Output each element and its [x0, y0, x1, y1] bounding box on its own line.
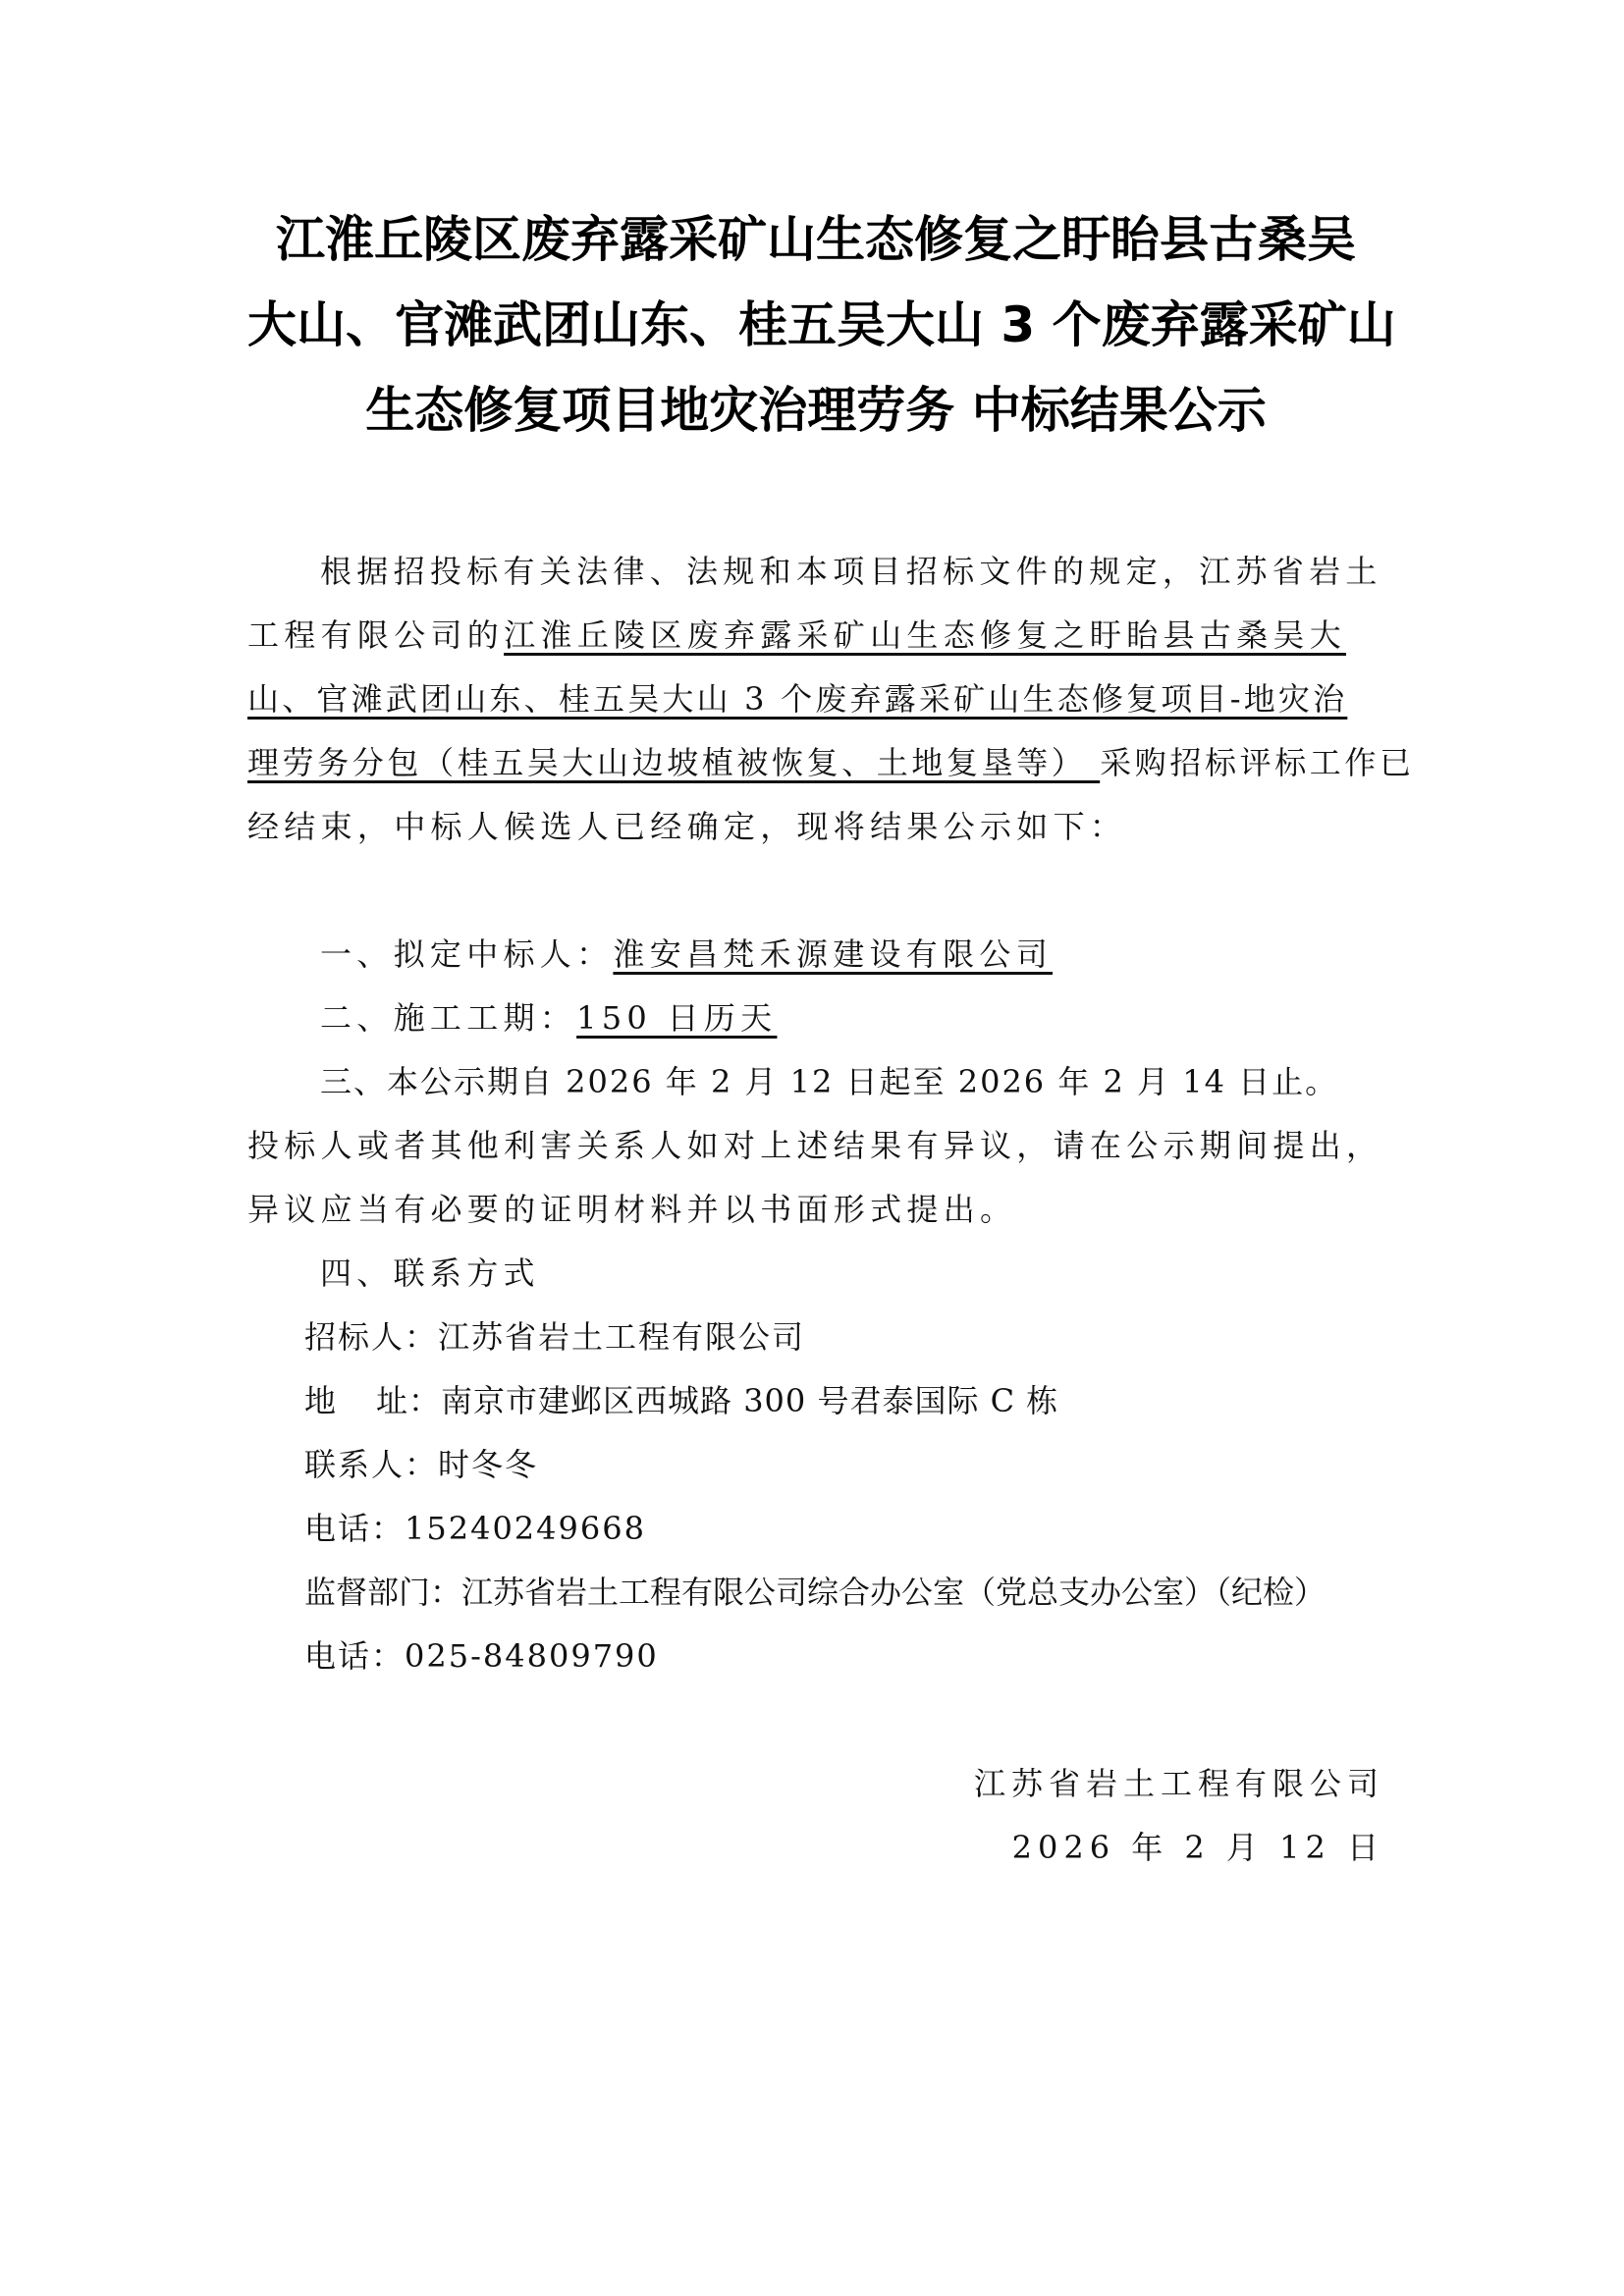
signature-company: 江苏省岩土工程有限公司: [247, 1762, 1384, 1805]
period-item: 二、施工工期：150 日历天: [320, 996, 1384, 1040]
contact-person: 联系人：时冬冬: [304, 1443, 1384, 1486]
intro-line-2-prefix: 工程有限公司的: [247, 616, 504, 654]
supervision-phone: 电话：025-84809790: [304, 1634, 1384, 1678]
intro-line-4: 理劳务分包（桂五吴大山边坡植被恢复、土地复垦等） 采购招标评标工作已: [247, 741, 1384, 784]
notice-line-2: 投标人或者其他利害关系人如对上述结果有异议，请在公示期间提出，: [247, 1124, 1384, 1167]
project-name-part-2: 山、官滩武团山东、桂五吴大山 3 个废弃露采矿山生态修复项目-地灾治: [247, 677, 1384, 721]
project-name-part-3: 理劳务分包（桂五吴大山边坡植被恢复、土地复垦等）: [247, 744, 1100, 781]
notice-line-3: 异议应当有必要的证明材料并以书面形式提出。: [247, 1188, 1384, 1231]
project-name-part-1: 江淮丘陵区废弃露采矿山生态修复之盱眙县古桑吴大: [504, 616, 1346, 654]
intro-line-1: 根据招投标有关法律、法规和本项目招标文件的规定，江苏省岩土: [320, 550, 1384, 593]
contact-tenderer: 招标人：江苏省岩土工程有限公司: [304, 1315, 1384, 1359]
document-title-line-3: 生态修复项目地灾治理劳务 中标结果公示: [247, 379, 1384, 442]
document-title-line-1: 江淮丘陵区废弃露采矿山生态修复之盱眙县古桑吴: [247, 208, 1384, 271]
contact-heading: 四、联系方式: [320, 1252, 1384, 1295]
winner-item: 一、拟定中标人：淮安昌梵禾源建设有限公司: [320, 933, 1384, 976]
document-title-line-2: 大山、官滩武团山东、桂五吴大山 3 个废弃露采矿山: [247, 294, 1384, 356]
address-label-a: 地: [304, 1382, 337, 1419]
document-page: 江淮丘陵区废弃露采矿山生态修复之盱眙县古桑吴 大山、官滩武团山东、桂五吴大山 3…: [0, 0, 1624, 2296]
period-label: 二、施工工期：: [320, 999, 576, 1037]
winner-value: 淮安昌梵禾源建设有限公司: [613, 935, 1053, 973]
notice-line-1: 三、本公示期自 2026 年 2 月 12 日起至 2026 年 2 月 14 …: [320, 1060, 1384, 1103]
supervision-dept: 监督部门：江苏省岩土工程有限公司综合办公室（党总支办公室）（纪检）: [304, 1571, 1384, 1614]
intro-line-5: 经结束，中标人候选人已经确定，现将结果公示如下：: [247, 805, 1384, 848]
contact-address: 地址：南京市建邺区西城路 300 号君泰国际 C 栋: [304, 1379, 1384, 1422]
address-value: 址：南京市建邺区西城路 300 号君泰国际 C 栋: [376, 1382, 1058, 1419]
period-value: 150 日历天: [576, 999, 777, 1037]
intro-line-4-suffix: 采购招标评标工作已: [1100, 744, 1414, 781]
intro-line-2: 工程有限公司的江淮丘陵区废弃露采矿山生态修复之盱眙县古桑吴大: [247, 614, 1384, 657]
contact-phone: 电话：15240249668: [304, 1507, 1384, 1550]
winner-label: 一、拟定中标人：: [320, 935, 613, 973]
signature-date: 2026 年 2 月 12 日: [247, 1826, 1384, 1869]
